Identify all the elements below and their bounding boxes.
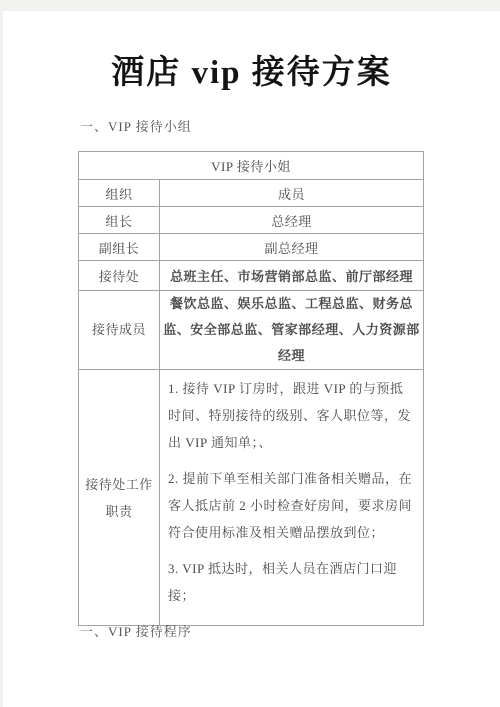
table-row: 接待成员 餐饮总监、娱乐总监、工程总监、财务总监、安全部总监、管家部经理、人力资…	[79, 291, 424, 370]
duty-item-2: 2. 提前下单至相关部门准备相关赠品，在客人抵店前 2 小时检查好房间，要求房间…	[168, 465, 415, 546]
cell-organization-value: 成员	[160, 180, 424, 207]
cell-members-label: 接待成员	[79, 291, 160, 370]
duty-item-4: 4. VIP 在店期间的服务全程跟进；	[168, 618, 415, 624]
section-heading-vip-group: 一、VIP 接待小组	[80, 116, 192, 135]
vip-group-table: VIP 接待小姐 组织 成员 组长 总经理 副组长 副总经理 接待处 总班主任、…	[78, 151, 424, 626]
table-header-cell: VIP 接待小姐	[79, 152, 424, 180]
cell-duties-label: 接待处工作职责	[79, 370, 160, 626]
section-heading-vip-procedure: 一、VIP 接待程序	[80, 621, 192, 640]
cell-reception-desk-label: 接待处	[79, 261, 160, 291]
document-title: 酒店 vip 接待方案	[3, 53, 500, 94]
cell-members-value: 餐饮总监、娱乐总监、工程总监、财务总监、安全部总监、管家部经理、人力资源部经理	[160, 291, 424, 370]
cell-deputy-leader-value: 副总经理	[160, 234, 424, 261]
table-row: 组织 成员	[79, 180, 424, 207]
table-row: 组长 总经理	[79, 207, 424, 234]
table-row: 接待处 总班主任、市场营销部总监、前厅部经理	[79, 261, 424, 291]
table-row-header: VIP 接待小姐	[79, 152, 424, 180]
cell-organization-label: 组织	[79, 180, 160, 207]
table-row-duties: 接待处工作职责 1. 接待 VIP 订房时，跟进 VIP 的与预抵时间、特别接待…	[79, 370, 424, 626]
cell-deputy-leader-label: 副组长	[79, 234, 160, 261]
cell-reception-desk-value: 总班主任、市场营销部总监、前厅部经理	[160, 261, 424, 291]
document-page: 酒店 vip 接待方案 一、VIP 接待小组 VIP 接待小姐 组织 成员 组长…	[3, 11, 500, 707]
duty-list: 1. 接待 VIP 订房时，跟进 VIP 的与预抵时间、特别接待的级别、客人职位…	[160, 370, 423, 624]
cell-leader-value: 总经理	[160, 207, 424, 234]
table-row: 副组长 副总经理	[79, 234, 424, 261]
cell-duties-value: 1. 接待 VIP 订房时，跟进 VIP 的与预抵时间、特别接待的级别、客人职位…	[160, 370, 424, 626]
duty-item-3: 3. VIP 抵达时，相关人员在酒店门口迎接；	[168, 555, 415, 609]
duty-item-1: 1. 接待 VIP 订房时，跟进 VIP 的与预抵时间、特别接待的级别、客人职位…	[168, 375, 415, 456]
cell-leader-label: 组长	[79, 207, 160, 234]
